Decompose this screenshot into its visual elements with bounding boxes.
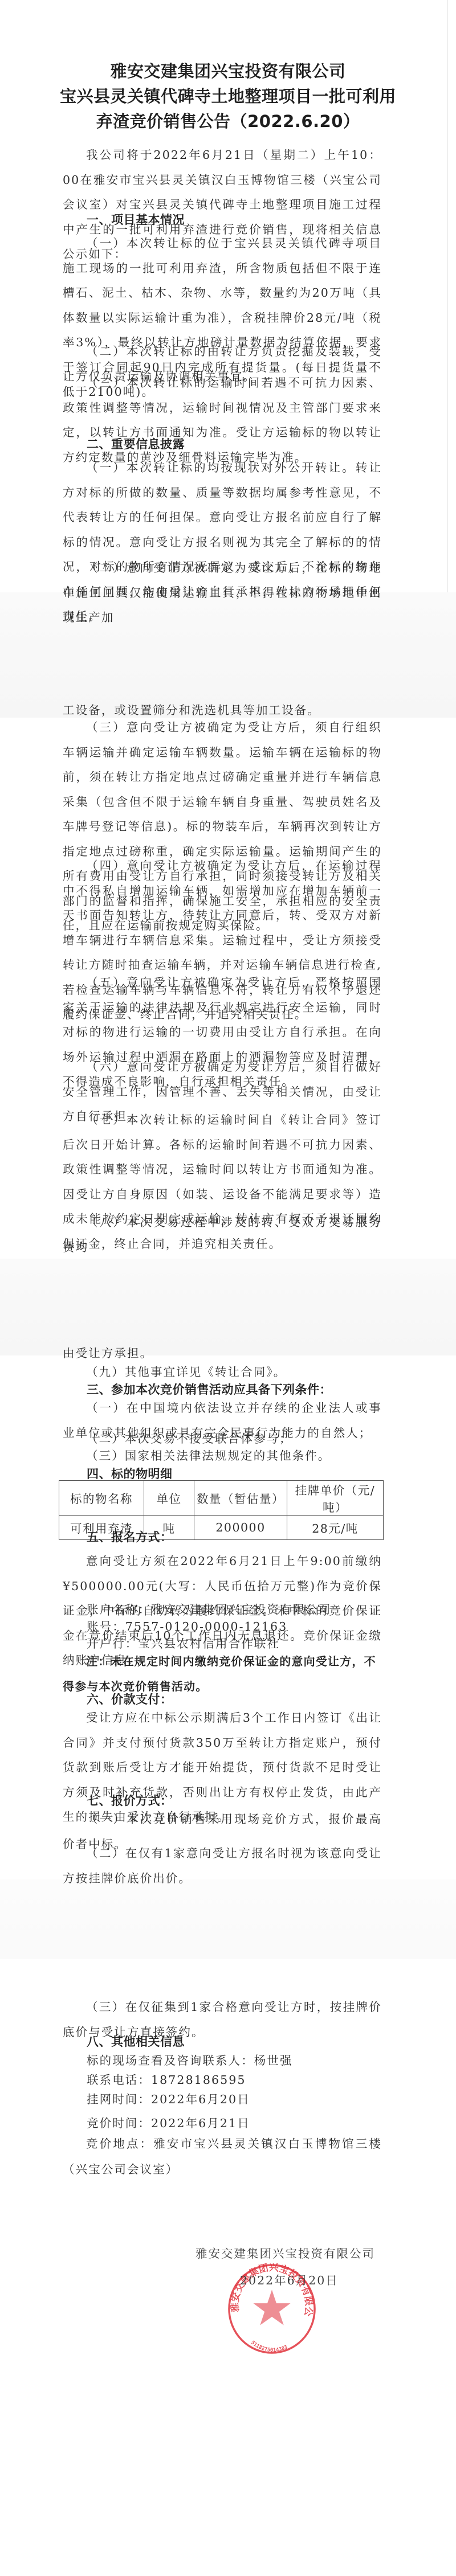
table-cell: 200000: [194, 1516, 287, 1540]
table-header-cell: 挂牌单价（元/吨）: [287, 1481, 384, 1516]
svg-text:5118275014383: 5118275014383: [250, 2340, 288, 2354]
section-2-heading: 二、重要信息披露: [87, 432, 185, 457]
document-title-line-1: 雅安交建集团兴宝投资有限公司: [0, 59, 456, 84]
document-title-line-3: 弃渣竞价销售公告（2022.6.20）: [0, 109, 456, 134]
signature-date: 2022年6月20日: [240, 2271, 339, 2288]
s2-item-8: （八）本次交易过程中涉及的转、受双方交易服务费均: [63, 1210, 382, 1260]
section-5-heading: 五、报名方式：: [87, 1525, 173, 1550]
listing-time: 挂网时间：2022年6月20日: [87, 2087, 250, 2112]
table-header-cell: 标的物名称: [59, 1481, 144, 1516]
signature-company: 雅安交建集团兴宝投资有限公司: [196, 2244, 375, 2261]
table-header-cell: 数量（暂估量）: [194, 1481, 287, 1516]
s7-item-2: （二）在仅有1家意向受让方报名时视为该意向受让方按挂牌价底价出价。: [63, 1841, 382, 1891]
bid-place: 竞价地点：雅安市宝兴县灵关镇汉白玉博物馆三楼（兴宝公司会议室）: [63, 2131, 382, 2182]
table-cell: 28元/吨: [287, 1516, 384, 1540]
s2-item-2: （二）意向受让方被确定为受让方后，在标的场地中施工工具仅能使用运输工具，不得在标…: [63, 556, 382, 630]
table-header-row: 标的物名称 单位 数量（暂估量） 挂牌单价（元/吨）: [59, 1481, 384, 1516]
document-title-line-2: 宝兴县灵关镇代碑寺土地整理项目一批可利用: [0, 84, 456, 109]
table-header-cell: 单位: [144, 1481, 194, 1516]
scan-shade: [0, 1879, 456, 1959]
section-1-heading: 一、项目基本情况: [87, 207, 185, 232]
